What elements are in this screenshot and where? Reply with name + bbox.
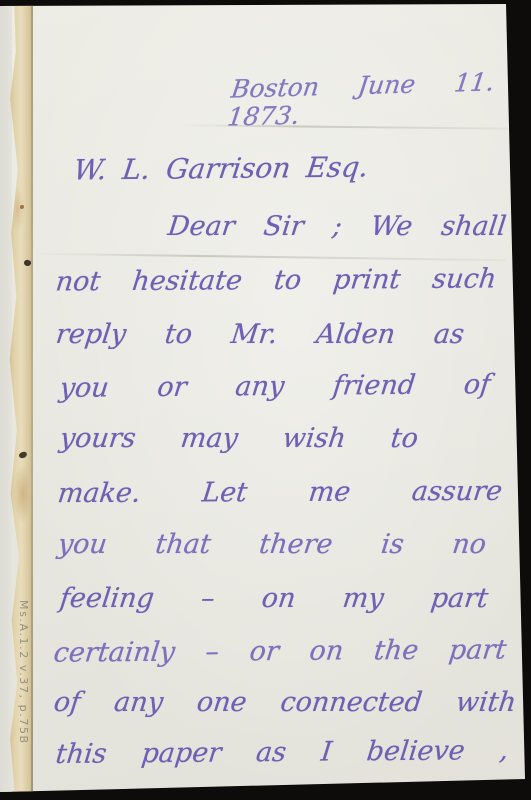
- letter-line: of any one connected with: [52, 688, 518, 718]
- scanned-letter: Ms.A.1.2 v.37, p.75B Boston June 11. 187…: [0, 0, 531, 800]
- letter-line: reply to Mr. Alden as: [54, 320, 466, 350]
- page-under-edge: [0, 4, 12, 794]
- letter-line: not hesitate to print such: [54, 264, 498, 297]
- letter-page: Ms.A.1.2 v.37, p.75B Boston June 11. 187…: [0, 0, 531, 800]
- letter-line: certainly – or on the part: [52, 635, 508, 668]
- call-number: Ms.A.1.2 v.37, p.75B: [17, 600, 30, 772]
- letter-line: feeling – on my part: [58, 584, 490, 614]
- letter-line: yours may wish to: [58, 424, 420, 454]
- recipient-line: W. L. Garrison Esq.: [72, 152, 370, 186]
- paper-crease: [36, 253, 506, 262]
- dateline: Boston June 11. 1873.: [226, 68, 496, 130]
- letter-line: this paper as I believe ,: [54, 736, 510, 770]
- letter-line: Dear Sir ; We shall: [166, 212, 508, 242]
- letter-line: you or any friend of: [58, 370, 492, 403]
- tape-edge-shadow: [31, 5, 33, 791]
- letter-line: make. Let me assure: [56, 477, 504, 509]
- letter-line: you that there is no: [56, 530, 488, 560]
